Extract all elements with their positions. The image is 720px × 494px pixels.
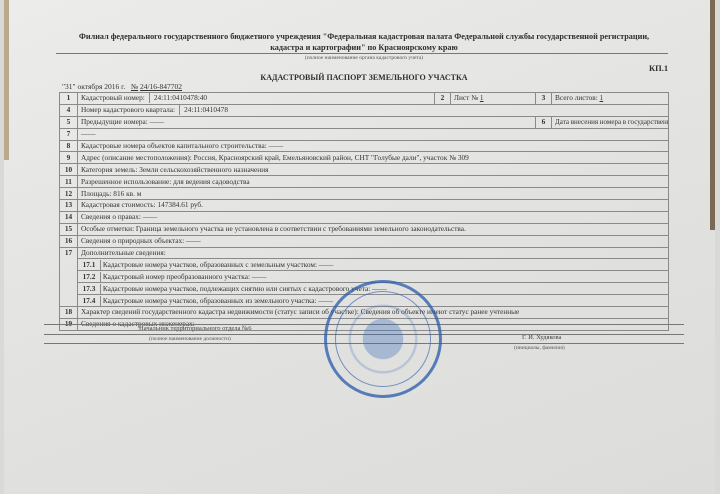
issue-date: "31" октября 2016 г. (62, 82, 125, 91)
sheet-number-cell: Лист № 1 (451, 93, 536, 105)
table-edge-left (4, 0, 9, 160)
name-caption: (инициалы, фамилия) (514, 345, 565, 351)
row-number: 7 (60, 128, 78, 140)
row-number: 11 (60, 176, 78, 188)
row-number: 3 (536, 93, 552, 105)
row-number: 18 (60, 307, 78, 319)
permitted-use: Разрешенное использование: для ведения с… (78, 176, 669, 188)
sheet-number-label: Лист № (454, 93, 478, 102)
row-number: 6 (536, 116, 552, 128)
table-row: 17 Дополнительные сведения: (60, 247, 669, 259)
table-row: 12Площадь: 816 кв. м (60, 188, 669, 200)
rights-info: Сведения о правах: —— (78, 211, 669, 223)
sub-row-17-1: 17.1 Кадастровые номера участков, образо… (78, 259, 669, 271)
natural-objects: Сведения о природных объектах: —— (78, 235, 669, 247)
total-sheets-label: Всего листов: (555, 93, 598, 102)
additional-info: Дополнительные сведения: (78, 247, 669, 259)
official-stamp-icon (324, 280, 442, 398)
row-number: 4 (60, 104, 78, 116)
row-number: 5 (60, 116, 78, 128)
number-prefix: № (131, 82, 138, 91)
cadastral-value: Кадастровая стоимость: 147384.61 руб. (78, 200, 669, 212)
table-row: 13Кадастровая стоимость: 147384.61 руб. (60, 200, 669, 212)
sheet-number-value: 1 (480, 93, 484, 102)
row-number: 17.2 (78, 272, 101, 282)
form-code: КП.1 (649, 63, 668, 73)
table-row: 8Кадастровые номера объектов капитальног… (60, 140, 669, 152)
document-number: 24/16-847702 (140, 82, 182, 91)
row-number: 16 (60, 235, 78, 247)
row-number: 9 (60, 152, 78, 164)
quarter-number-label: Номер кадастрового квартала: (81, 105, 175, 114)
row-7-value: —— (78, 128, 669, 140)
total-sheets-cell: Всего листов: 1 (552, 93, 669, 105)
address: Адрес (описание местоположения): Россия,… (78, 152, 669, 164)
table-row: 9Адрес (описание местоположения): Россия… (60, 152, 669, 164)
org-name-line2: кадастра и картографии" по Красноярскому… (64, 42, 664, 53)
cadastral-number-label: Кадастровый номер: (81, 93, 145, 102)
row-number: 1 (60, 93, 78, 105)
row-number: 17.1 (78, 260, 101, 270)
table-row: 10Категория земель: Земли сельскохозяйст… (60, 164, 669, 176)
document-title: КАДАСТРОВЫЙ ПАСПОРТ ЗЕМЕЛЬНОГО УЧАСТКА (64, 73, 664, 82)
cadastral-number-cell: Кадастровый номер:24:11:0410478:40 (78, 93, 435, 105)
org-caption: (полное наименование органа кадастрового… (64, 55, 664, 61)
row-number: 15 (60, 223, 78, 235)
transformed-parcel: Кадастровый номер преобразованного участ… (103, 272, 267, 281)
table-row: 7—— (60, 128, 669, 140)
row-number: 17 (60, 247, 78, 306)
row-number: 17.3 (78, 284, 101, 294)
table-row: 14Сведения о правах: —— (60, 211, 669, 223)
formed-with-parcels: Кадастровые номера участков, образованны… (103, 260, 334, 269)
capital-objects: Кадастровые номера объектов капитального… (78, 140, 669, 152)
area: Площадь: 816 кв. м (78, 188, 669, 200)
quarter-number-value: 24:11:0410478 (179, 105, 228, 115)
table-edge-right (710, 0, 715, 230)
table-row: 1 Кадастровый номер:24:11:0410478:40 2 Л… (60, 93, 669, 105)
previous-numbers: Предыдущие номера: —— (78, 116, 536, 128)
row-number: 10 (60, 164, 78, 176)
org-name-line1: Филиал федерального государственного бюд… (64, 31, 664, 42)
cadastral-number-value: 24:11:0410478:40 (149, 93, 207, 103)
document-page: Филиал федерального государственного бюд… (4, 0, 715, 494)
official-name: Г. И. Худякова (522, 334, 561, 341)
row-number: 8 (60, 140, 78, 152)
row-number: 2 (435, 93, 451, 105)
quarter-number-cell: Номер кадастрового квартала:24:11:041047… (78, 104, 669, 116)
deregistered-parcels: Кадастровые номера участков, подлежащих … (103, 284, 387, 293)
table-row: 16Сведения о природных объектах: —— (60, 235, 669, 247)
position-caption: (полное наименование должности) (149, 336, 231, 342)
table-row: 15Особые отметки: Граница земельного уча… (60, 223, 669, 235)
table-row: 11Разрешенное использование: для ведения… (60, 176, 669, 188)
land-category: Категория земель: Земли сельскохозяйстве… (78, 164, 669, 176)
row-number: 12 (60, 188, 78, 200)
row-number: 13 (60, 200, 78, 212)
row-number: 14 (60, 211, 78, 223)
total-sheets-value: 1 (600, 93, 604, 102)
table-row: 17.2 Кадастровый номер преобразованного … (60, 271, 669, 283)
special-notes: Особые отметки: Граница земельного участ… (78, 223, 669, 235)
table-row: 5 Предыдущие номера: —— 6 Дата внесения … (60, 116, 669, 128)
formed-from-parcels: Кадастровые номера участков, образованны… (103, 296, 333, 305)
registration-date: Дата внесения номера в государственный к… (552, 116, 669, 128)
table-row: 4 Номер кадастрового квартала:24:11:0410… (60, 104, 669, 116)
official-position: Начальник территориального отдела №6 (139, 325, 252, 332)
table-row: 17.1 Кадастровые номера участков, образо… (60, 259, 669, 271)
row-number: 17.4 (78, 296, 101, 306)
org-underline (56, 53, 668, 54)
document-date-line: "31" октября 2016 г. № 24/16-847702 (62, 82, 182, 91)
